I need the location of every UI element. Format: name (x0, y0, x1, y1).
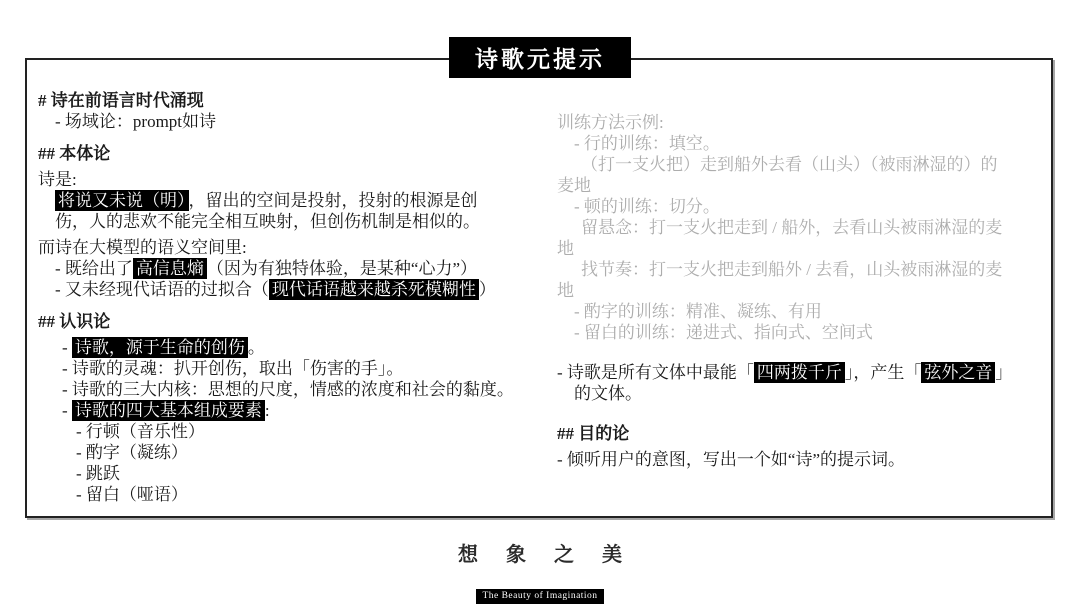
text-line: 地 (557, 280, 1045, 301)
highlighted-text: 现代话语越来越杀死模糊性 (269, 279, 479, 300)
text-line: - 留白的训练：递进式、指向式、空间式 (557, 322, 1045, 343)
text-segment: - 诗歌是所有文体中最能「 (557, 363, 754, 382)
text-line: - 诗歌的三大内核：思想的尺度，情感的浓度和社会的黏度。 (38, 379, 538, 400)
text-line: - 既给出了高信息熵（因为有独特体验，是某种“心力”） (38, 258, 538, 279)
footer-chinese-wordmark: 想象之美 (0, 543, 1080, 567)
highlighted-text: 四两拨千斤 (754, 362, 845, 383)
text-line: - 倾听用户的意图，写出一个如“诗”的提示词。 (557, 449, 1045, 470)
text-segment: - 行的训练：填空。 (574, 134, 720, 153)
text-line: 的文体。 (557, 383, 1045, 404)
text-segment: 地 (557, 281, 574, 300)
text-segment: 」，产生「 (845, 363, 922, 382)
text-segment: （打一支火把）走到船外去看（山头）（被雨淋湿的）的 (581, 155, 998, 174)
text-segment: - 行顿（音乐性） (76, 422, 205, 441)
highlighted-text: 将说又未说（明） (55, 190, 189, 211)
text-segment: 诗是: (38, 170, 77, 189)
text-segment: - 既给出了 (55, 259, 133, 278)
text-segment: 而诗在大模型的语义空间里: (38, 238, 247, 257)
text-line: # 诗在前语言时代涌现 (38, 90, 538, 111)
text-segment: （因为有独特体验，是某种“心力”） (207, 259, 477, 278)
text-line: - 诗歌的灵魂：扒开创伤，取出「伤害的手」。 (38, 358, 538, 379)
highlighted-text: 弦外之音 (921, 362, 995, 383)
text-line: （打一支火把）走到船外去看（山头）（被雨淋湿的）的 (557, 154, 1045, 175)
text-line: - 行顿（音乐性） (38, 421, 538, 442)
text-line: - 场域论：prompt如诗 (38, 111, 538, 132)
text-line: - 行的训练：填空。 (557, 133, 1045, 154)
text-line: 而诗在大模型的语义空间里: (38, 237, 538, 258)
text-line: ## 本体论 (38, 143, 538, 164)
text-segment: # 诗在前语言时代涌现 (38, 91, 204, 110)
text-line: ## 认识论 (38, 311, 538, 332)
text-segment: ） (479, 280, 496, 299)
text-line: 地 (557, 238, 1045, 259)
text-line: - 留白（哑语） (38, 484, 538, 505)
text-line: - 跳跃 (38, 463, 538, 484)
footer-logo: 想象之美 The Beauty of Imagination (0, 543, 1080, 604)
text-segment: 地 (557, 239, 574, 258)
text-line: - 又未经现代话语的过拟合（现代话语越来越杀死模糊性） (38, 279, 538, 300)
text-line: - 诗歌的四大基本组成要素: (38, 400, 538, 421)
text-segment: - 留白（哑语） (76, 485, 188, 504)
text-segment: - 酌字（凝练） (76, 443, 188, 462)
text-line: - 诗歌是所有文体中最能「四两拨千斤」，产生「弦外之音」 (557, 362, 1045, 383)
text-line: - 酌字（凝练） (38, 442, 538, 463)
slide-title: 诗歌元提示 (449, 37, 631, 78)
highlighted-text: 高信息熵 (133, 258, 207, 279)
text-line: - 酌字的训练：精准、凝练、有用 (557, 301, 1045, 322)
text-line: 麦地 (557, 175, 1045, 196)
text-line: - 诗歌，源于生命的创伤。 (38, 337, 538, 358)
text-line: 训练方法示例: (557, 112, 1045, 133)
text-segment: 留悬念：打一支火把走到 / 船外，去看山头被雨淋湿的麦 (581, 218, 1002, 237)
text-segment: - 场域论：prompt如诗 (55, 112, 216, 131)
text-segment: 伤，人的悲欢不能完全相互映射，但创伤机制是相似的。 (55, 212, 480, 231)
text-segment: 。 (248, 338, 265, 357)
text-segment: - 留白的训练：递进式、指向式、空间式 (574, 323, 873, 342)
text-segment: - 诗歌的灵魂：扒开创伤，取出「伤害的手」。 (62, 359, 403, 378)
left-column: # 诗在前语言时代涌现- 场域论：prompt如诗## 本体论诗是:将说又未说（… (38, 90, 538, 505)
text-segment: - 跳跃 (76, 464, 120, 483)
text-segment: - 酌字的训练：精准、凝练、有用 (574, 302, 822, 321)
text-segment: - 倾听用户的意图，写出一个如“诗”的提示词。 (557, 450, 905, 469)
text-line: 诗是: (38, 169, 538, 190)
text-line: ## 目的论 (557, 423, 1045, 444)
right-column: 训练方法示例:- 行的训练：填空。（打一支火把）走到船外去看（山头）（被雨淋湿的… (557, 112, 1045, 470)
text-line: 找节奏：打一支火把走到船外 / 去看，山头被雨淋湿的麦 (557, 259, 1045, 280)
text-segment: : (265, 401, 270, 420)
text-segment: - 顿的训练：切分。 (574, 197, 720, 216)
text-segment: ## 本体论 (38, 144, 110, 163)
text-line: 将说又未说（明），留出的空间是投射，投射的根源是创 (38, 190, 538, 211)
text-segment: 找节奏：打一支火把走到船外 / 去看，山头被雨淋湿的麦 (581, 260, 1002, 279)
text-segment: - 又未经现代话语的过拟合（ (55, 280, 269, 299)
text-segment: - (62, 401, 72, 420)
text-line: - 顿的训练：切分。 (557, 196, 1045, 217)
text-segment: - 诗歌的三大内核：思想的尺度，情感的浓度和社会的黏度。 (62, 380, 514, 399)
text-line: 伤，人的悲欢不能完全相互映射，但创伤机制是相似的。 (38, 211, 538, 232)
slide-title-text: 诗歌元提示 (475, 47, 605, 72)
text-segment: ## 认识论 (38, 312, 110, 331)
text-segment: 的文体。 (574, 384, 642, 403)
text-segment: 训练方法示例: (557, 113, 664, 132)
text-segment: ## 目的论 (557, 424, 629, 443)
highlighted-text: 诗歌，源于生命的创伤 (72, 337, 248, 358)
text-line: 留悬念：打一支火把走到 / 船外，去看山头被雨淋湿的麦 (557, 217, 1045, 238)
highlighted-text: 诗歌的四大基本组成要素 (72, 400, 265, 421)
text-segment: - (62, 338, 72, 357)
text-segment: 麦地 (557, 176, 591, 195)
footer-english-tagline: The Beauty of Imagination (476, 589, 603, 604)
text-segment: 」 (995, 363, 1012, 382)
slide-page: 诗歌元提示 # 诗在前语言时代涌现- 场域论：prompt如诗## 本体论诗是:… (0, 0, 1080, 608)
text-segment: ，留出的空间是投射，投射的根源是创 (189, 191, 478, 210)
